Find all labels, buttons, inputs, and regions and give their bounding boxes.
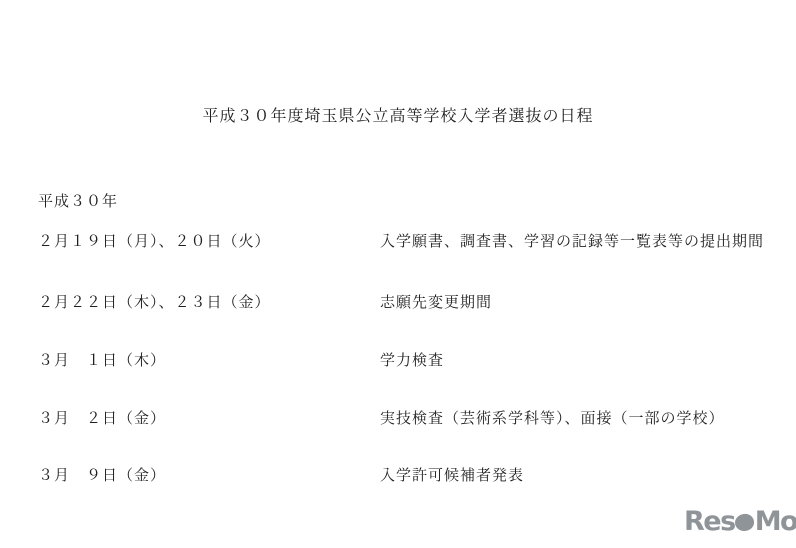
schedule-row: ３月 ９日（金） 入学許可候補者発表 [0, 464, 796, 482]
schedule-date: ２月２２日（木）、２３日（金） [38, 291, 271, 312]
schedule-row: ３月 ２日（金） 実技検査（芸術系学科等）、面接（一部の学校） [0, 407, 796, 425]
logo-text-res: Res [684, 506, 735, 537]
schedule-event: 学力検査 [380, 349, 444, 370]
schedule-row: ２月２２日（木）、２３日（金） 志願先変更期間 [0, 291, 796, 309]
schedule-date: ３月 ９日（金） [38, 464, 166, 485]
era-heading: 平成３０年 [38, 190, 118, 211]
schedule-event: 入学願書、調査書、学習の記録等一覧表等の提出期間 [380, 230, 764, 251]
document-page: 平成３０年度埼玉県公立高等学校入学者選抜の日程 平成３０年 ２月１９日（月）、２… [0, 0, 796, 548]
resemom-logo: リセマムResMom. [684, 506, 796, 542]
schedule-event: 実技検査（芸術系学科等）、面接（一部の学校） [380, 407, 725, 428]
schedule-date: ３月 １日（木） [38, 349, 166, 370]
schedule-date: ３月 ２日（金） [38, 407, 166, 428]
page-title: 平成３０年度埼玉県公立高等学校入学者選抜の日程 [0, 103, 796, 126]
schedule-date: ２月１９日（月）、２０日（火） [38, 230, 271, 251]
logo-text-mom: Mom [755, 506, 796, 537]
schedule-event: 志願先変更期間 [380, 291, 492, 312]
schedule-row: ３月 １日（木） 学力検査 [0, 349, 796, 367]
schedule-event: 入学許可候補者発表 [380, 464, 524, 485]
schedule-row: ２月１９日（月）、２０日（火） 入学願書、調査書、学習の記録等一覧表等の提出期間 [0, 230, 796, 248]
logo-oval-e-icon [733, 512, 755, 533]
